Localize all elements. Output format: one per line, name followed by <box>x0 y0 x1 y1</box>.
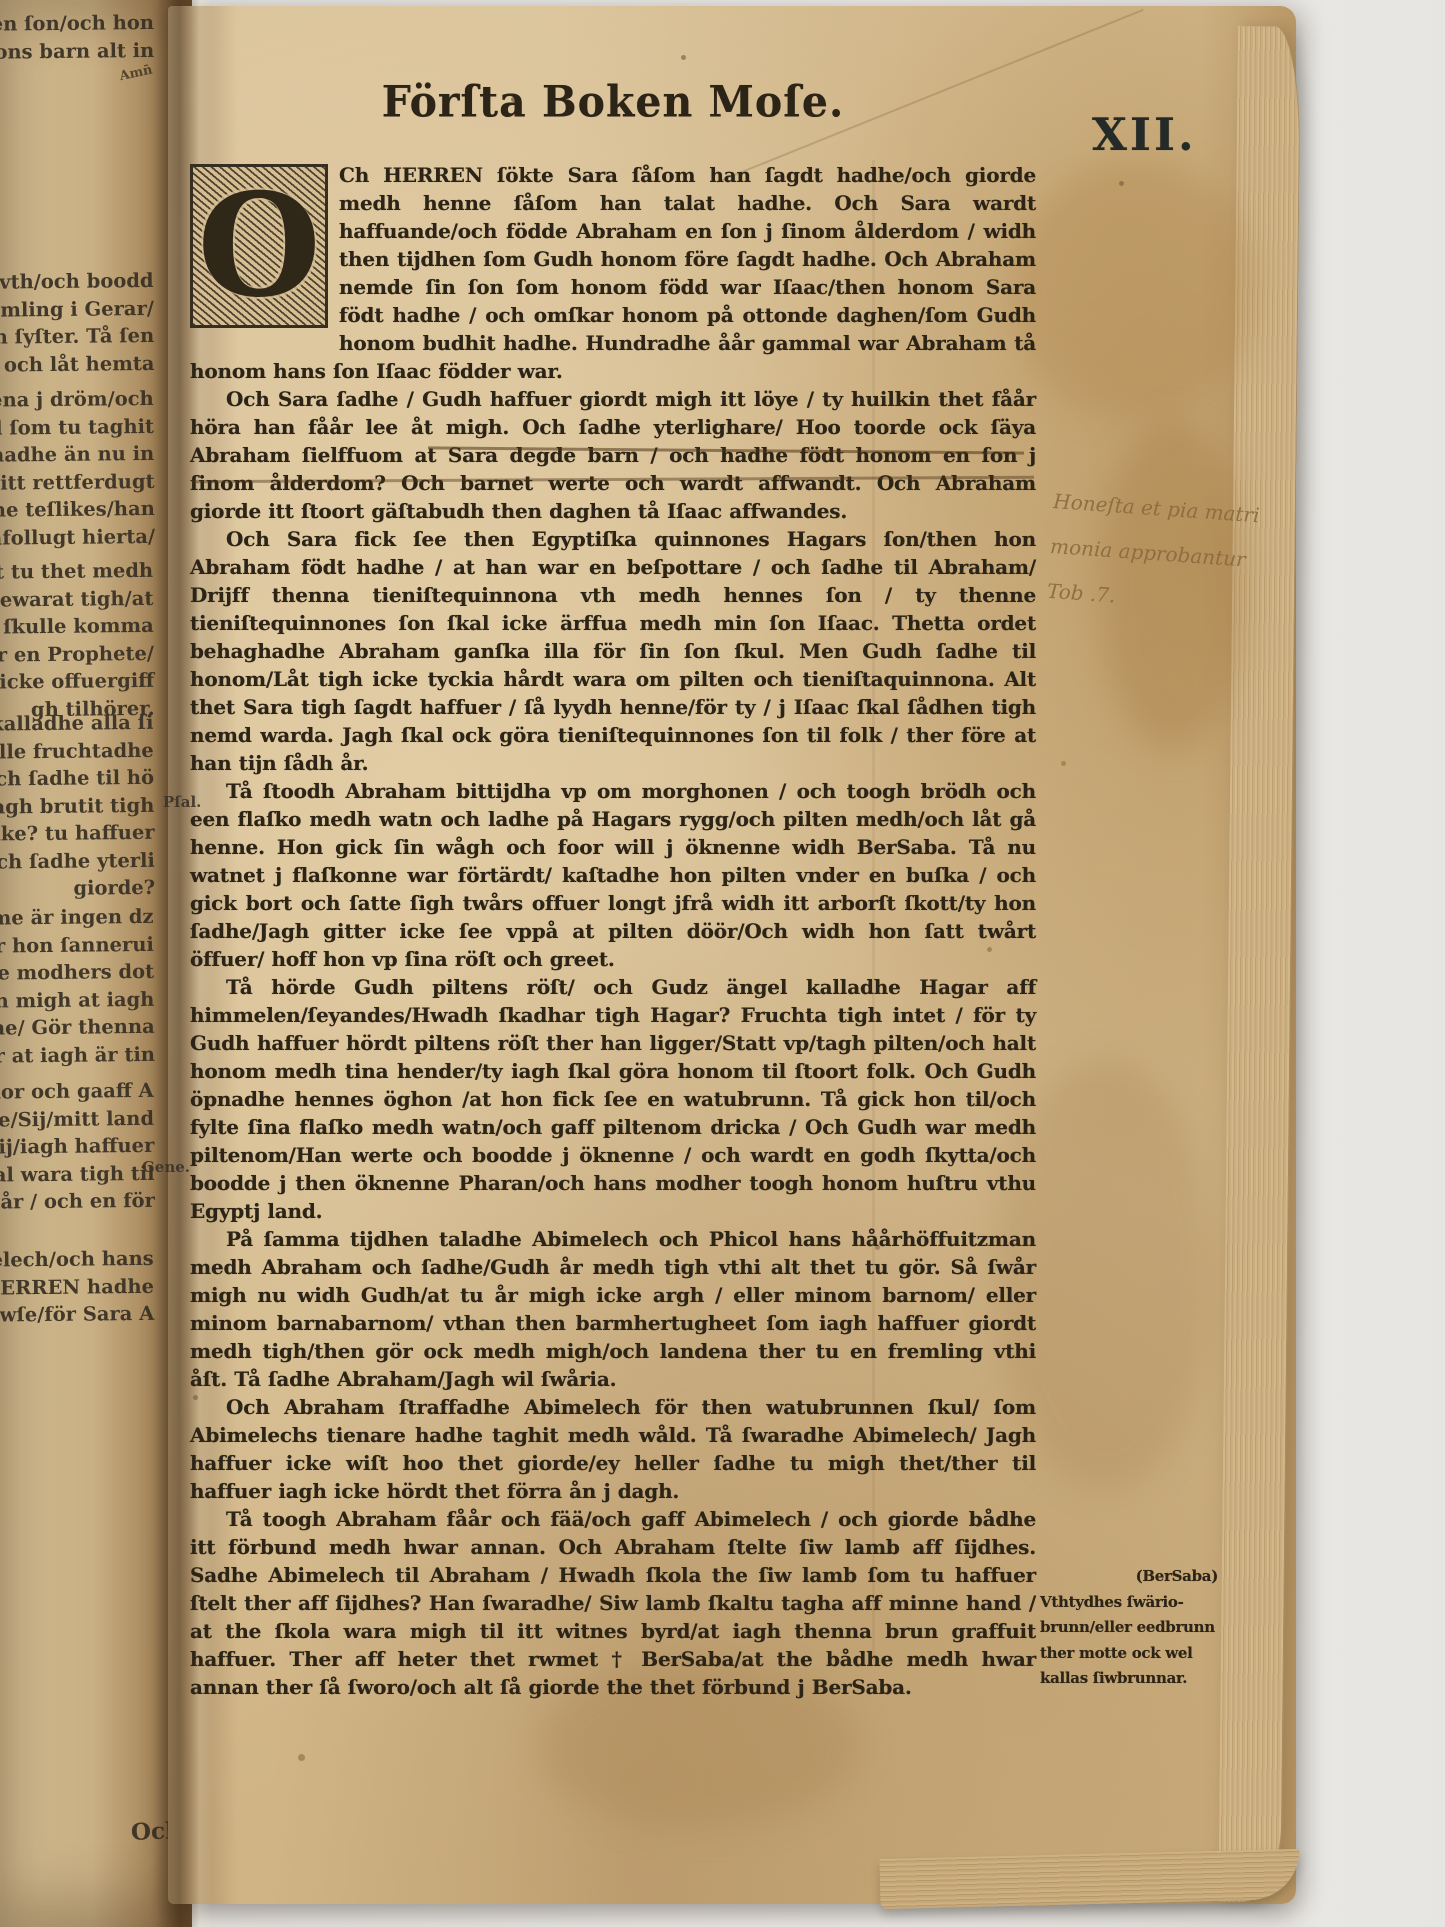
left-page-line: ch hadhe än nu in <box>0 440 154 470</box>
folio-number: XII. <box>1092 108 1197 161</box>
left-page-fragment-group: rinnor och gaaff A adhe/Sij/mitt land ar… <box>0 1077 155 1217</box>
left-page-line: adhe/Sij/mitt land <box>0 1104 154 1134</box>
book-photo: Amn̄ ck en ſon/och hon mmons barn alt in… <box>0 0 1445 1927</box>
left-page-line: åpa itt rettferdugt <box>0 467 154 497</box>
left-page-line: rinnor och gaaff A <box>0 1077 154 1107</box>
left-page-line: fremling i Gerar/ <box>0 294 154 324</box>
left-page-line: bödh migh at iagh <box>0 985 154 1015</box>
body-paragraph: På ſamma tijdhen taladhe Abimelech och P… <box>190 1225 1036 1393</box>
left-page-line: t bewarat tigh/at <box>0 584 154 614</box>
body-paragraph: Tå hörde Gudh piltens röſt/ och Gudz äng… <box>190 973 1036 1225</box>
body-text-column: O Ch HERREN ſökte Sara ſåſom han ſagdt h… <box>190 161 1036 1701</box>
left-page-line: hwſe/för Sara A <box>0 1300 154 1330</box>
left-page-line: ſkul ſom tu taghit <box>0 412 154 442</box>
left-page-line: mijn ſyſter. Tå ſen <box>0 322 154 352</box>
left-page-line: an ſkal wara tigh til <box>0 1159 154 1189</box>
left-page-line: nne modhers dot <box>0 958 154 988</box>
left-page-line: ara/Sij/iagh haffuer <box>0 1132 154 1162</box>
body-paragraph: Och Abraham ſtraffadhe Abimelech för the… <box>190 1393 1036 1505</box>
left-page-fragment-group: och kalladhe alla ſi nän alle fruchtadhe… <box>0 709 155 904</box>
left-page-line: melech ſadhe yterli <box>0 846 155 876</box>
handwritten-note: Honeſta et pia matri monia approbantur T… <box>1046 479 1260 628</box>
left-page-line: me är ingen dz <box>0 903 153 933</box>
left-page-line: tu fåår / och en för <box>0 1187 155 1217</box>
page-edge-bottom <box>879 1849 1300 1909</box>
drop-cap-letter: O <box>197 175 321 317</box>
marginal-note-line: kallas ſiwbrunnar. <box>1040 1666 1224 1692</box>
left-page-line: h enfollugt hierta/ <box>0 522 155 552</box>
marginal-ref-psalm: Pſal. <box>163 793 201 811</box>
left-page-line: her vth/och boodd <box>0 267 154 297</box>
left-page-line: ne och låt hemta <box>0 349 155 379</box>
left-page-line: r tu icke offuergiff <box>0 667 155 697</box>
body-paragraph: Tå toogh Abraham fåår och fää/och gaff A… <box>190 1505 1036 1701</box>
left-page-line: nän alle fruchtadhe <box>0 736 154 766</box>
left-page-fragment-group: ock at tu thet medh t bewarat tigh/at at… <box>0 557 155 724</box>
left-page-line: mitt rike? tu haffuer <box>0 819 154 849</box>
drop-cap-woodcut: O <box>190 164 328 328</box>
running-title: Förſta Boken Moſe. <box>190 77 1036 127</box>
left-page-fragment-group: ttena j dröm/och ſkul ſom tu taghit ch h… <box>0 385 155 552</box>
left-page-fragment-group: Abimelech/och hans HERREN hadhe hwſe/för… <box>0 1245 154 1330</box>
left-page-line: giorde? <box>0 874 155 904</box>
left-page-line: och kalladhe alla ſi <box>0 709 153 739</box>
body-paragraph: Tå ſtoodh Abraham bittijdha vp om morgho… <box>190 777 1036 973</box>
left-page-line: HERREN hadhe <box>0 1272 154 1302</box>
left-page-marginal-note: Amn̄ <box>3 57 155 115</box>
left-page-line: an är en Prophete/ <box>0 639 154 669</box>
left-page-line: henne/ Gör thenna <box>0 1013 155 1043</box>
left-page-line: h är hon ſannerui <box>0 930 154 960</box>
left-page-line: fuer iagh brutit tigh <box>0 791 154 821</box>
left-page-line: Abimelech/och hans <box>0 1245 154 1275</box>
foxing-specks <box>0 0 3 3</box>
left-page-fragment-group: me är ingen dz h är hon ſannerui nne mod… <box>0 903 155 1070</box>
left-page-line: ägher at iagh är tin <box>0 1040 155 1070</box>
marginal-ref-genesis: Gene. <box>142 1158 190 1176</box>
left-page-line: mmons barn alt in <box>0 36 154 66</box>
left-page-line: ck en ſon/och hon <box>0 9 154 39</box>
left-page-line: m och ſadhe til hö <box>0 764 154 794</box>
left-page-fragment-group: her vth/och boodd fremling i Gerar/ mijn… <box>0 267 155 379</box>
body-paragraph: Och Sara ſadhe / Gudh haffuer giordt mig… <box>190 385 1036 525</box>
left-page-line: ock at tu thet medh <box>0 557 153 587</box>
left-page-line: ſadhe teſlikes/han <box>0 495 155 525</box>
body-paragraph: Och Sara fick ſee then Egyptiſka quinnon… <box>190 525 1036 777</box>
marginal-note-line: (BerSaba) <box>1040 1564 1224 1590</box>
left-page-fragment-group: ck en ſon/och hon mmons barn alt in <box>0 9 154 66</box>
left-page-line: ttena j dröm/och <box>0 385 153 415</box>
marginal-note-line: Vthtydhes ſwärio- <box>1040 1590 1224 1616</box>
marginal-note-line: brunn/eller eedbrunn <box>1040 1615 1224 1641</box>
marginal-note-bersaba: (BerSaba) Vthtydhes ſwärio- brunn/eller … <box>1040 1564 1224 1692</box>
marginal-note-line: ther motte ock wel <box>1040 1641 1224 1667</box>
left-page-line: at tu ſkulle komma <box>0 612 154 642</box>
